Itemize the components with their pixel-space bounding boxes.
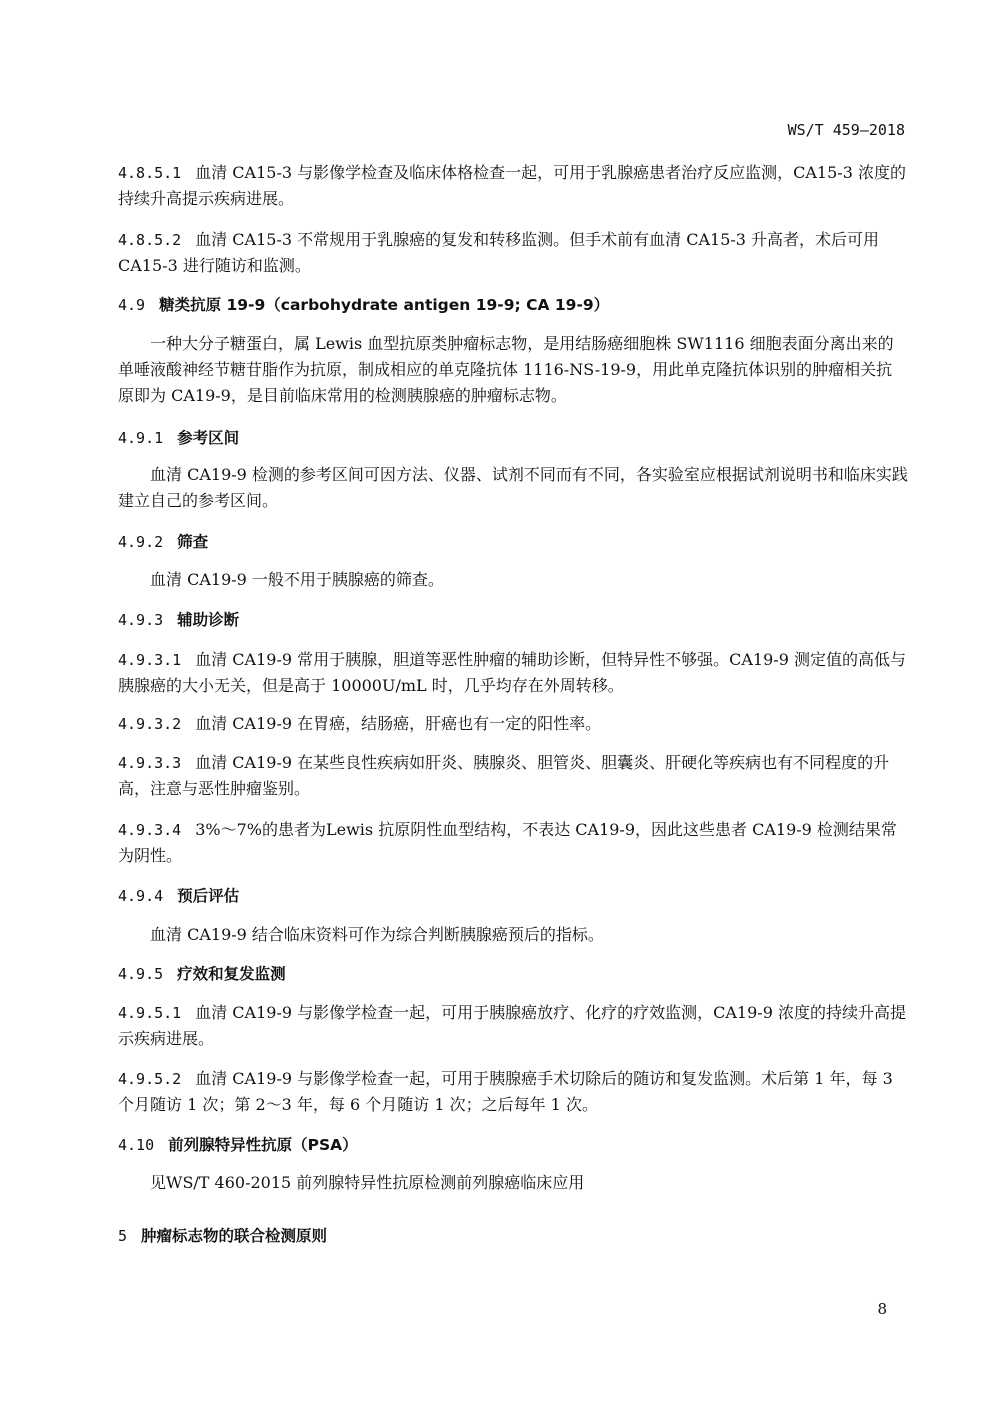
heading-4-10: 4.10前列腺特异性抗原（PSA） <box>118 1132 908 1158</box>
clause-number: 4.9.3.3 <box>118 754 181 772</box>
clause-number: 4.9.3.2 <box>118 715 181 733</box>
clause-text: 血清 CA19-9 常用于胰腺，胆道等恶性肿瘤的辅助诊断，但特异性不够强。CA1… <box>118 650 906 695</box>
clause-4-9-3-4: 4.9.3.43%～7%的患者为Lewis 抗原阴性血型结构，不表达 CA19-… <box>118 817 908 869</box>
clause-text: 血清 CA19-9 在某些良性疾病如肝炎、胰腺炎、胆管炎、胆囊炎、肝硬化等疾病也… <box>118 753 889 798</box>
heading-title: 肿瘤标志物的联合检测原则 <box>141 1227 327 1245</box>
clause-text: 血清 CA19-9 与影像学检查一起，可用于胰腺癌手术切除后的随访和复发监测。术… <box>118 1069 893 1114</box>
heading-number: 4.9.5 <box>118 965 163 983</box>
paragraph-4-9-4: 血清 CA19-9 结合临床资料可作为综合判断胰腺癌预后的指标。 <box>118 922 908 948</box>
document-code: WS/T 459—2018 <box>788 121 905 139</box>
clause-text: 血清 CA19-9 在胃癌，结肠癌，肝癌也有一定的阳性率。 <box>195 714 601 733</box>
heading-number: 4.9.2 <box>118 533 163 551</box>
clause-text: 血清 CA19-9 与影像学检查一起，可用于胰腺癌放疗、化疗的疗效监测，CA19… <box>118 1003 906 1048</box>
heading-4-9-3: 4.9.3辅助诊断 <box>118 607 908 633</box>
heading-title: 疗效和复发监测 <box>177 965 286 983</box>
heading-5: 5肿瘤标志物的联合检测原则 <box>118 1223 908 1249</box>
clause-4-8-5-1: 4.8.5.1血清 CA15-3 与影像学检查及临床体格检查一起，可用于乳腺癌患… <box>118 160 908 212</box>
paragraph-4-10: 见WS/T 460-2015 前列腺特异性抗原检测前列腺癌临床应用 <box>118 1170 908 1196</box>
heading-4-9-2: 4.9.2筛查 <box>118 529 908 555</box>
paragraph-4-9-1: 血清 CA19-9 检测的参考区间可因方法、仪器、试剂不同而有不同，各实验室应根… <box>118 462 908 514</box>
heading-number: 5 <box>118 1227 127 1245</box>
page-number: 8 <box>877 1300 887 1318</box>
clause-text: 3%～7%的患者为Lewis 抗原阴性血型结构，不表达 CA19-9，因此这些患… <box>118 820 897 865</box>
clause-number: 4.8.5.2 <box>118 231 181 249</box>
heading-number: 4.10 <box>118 1136 154 1154</box>
clause-4-9-3-1: 4.9.3.1血清 CA19-9 常用于胰腺，胆道等恶性肿瘤的辅助诊断，但特异性… <box>118 647 908 699</box>
heading-title: 糖类抗原 19-9（carbohydrate antigen 19-9; CA … <box>159 296 609 314</box>
heading-4-9-5: 4.9.5疗效和复发监测 <box>118 961 908 987</box>
clause-number: 4.9.3.4 <box>118 821 181 839</box>
heading-4-9-1: 4.9.1参考区间 <box>118 425 908 451</box>
heading-title: 筛查 <box>177 533 208 551</box>
heading-title: 前列腺特异性抗原（PSA） <box>168 1136 358 1154</box>
paragraph-4-9-2: 血清 CA19-9 一般不用于胰腺癌的筛查。 <box>118 567 908 593</box>
clause-number: 4.9.5.1 <box>118 1004 181 1022</box>
paragraph-4-9: 一种大分子糖蛋白，属 Lewis 血型抗原类肿瘤标志物，是用结肠癌细胞株 SW1… <box>118 331 908 409</box>
clause-number: 4.9.5.2 <box>118 1070 181 1088</box>
clause-4-8-5-2: 4.8.5.2血清 CA15-3 不常规用于乳腺癌的复发和转移监测。但手术前有血… <box>118 227 908 279</box>
clause-4-9-5-2: 4.9.5.2血清 CA19-9 与影像学检查一起，可用于胰腺癌手术切除后的随访… <box>118 1066 908 1118</box>
clause-text: 血清 CA15-3 不常规用于乳腺癌的复发和转移监测。但手术前有血清 CA15-… <box>118 230 879 275</box>
clause-4-9-5-1: 4.9.5.1血清 CA19-9 与影像学检查一起，可用于胰腺癌放疗、化疗的疗效… <box>118 1000 908 1052</box>
heading-4-9: 4.9糖类抗原 19-9（carbohydrate antigen 19-9; … <box>118 292 908 318</box>
heading-number: 4.9.1 <box>118 429 163 447</box>
heading-4-9-4: 4.9.4预后评估 <box>118 883 908 909</box>
clause-4-9-3-3: 4.9.3.3血清 CA19-9 在某些良性疾病如肝炎、胰腺炎、胆管炎、胆囊炎、… <box>118 750 908 802</box>
heading-title: 参考区间 <box>177 429 239 447</box>
heading-number: 4.9.3 <box>118 611 163 629</box>
clause-text: 血清 CA15-3 与影像学检查及临床体格检查一起，可用于乳腺癌患者治疗反应监测… <box>118 163 906 208</box>
clause-number: 4.9.3.1 <box>118 651 181 669</box>
heading-title: 预后评估 <box>177 887 239 905</box>
clause-number: 4.8.5.1 <box>118 164 181 182</box>
heading-number: 4.9.4 <box>118 887 163 905</box>
heading-title: 辅助诊断 <box>177 611 239 629</box>
clause-4-9-3-2: 4.9.3.2血清 CA19-9 在胃癌，结肠癌，肝癌也有一定的阳性率。 <box>118 711 908 737</box>
heading-number: 4.9 <box>118 296 145 314</box>
